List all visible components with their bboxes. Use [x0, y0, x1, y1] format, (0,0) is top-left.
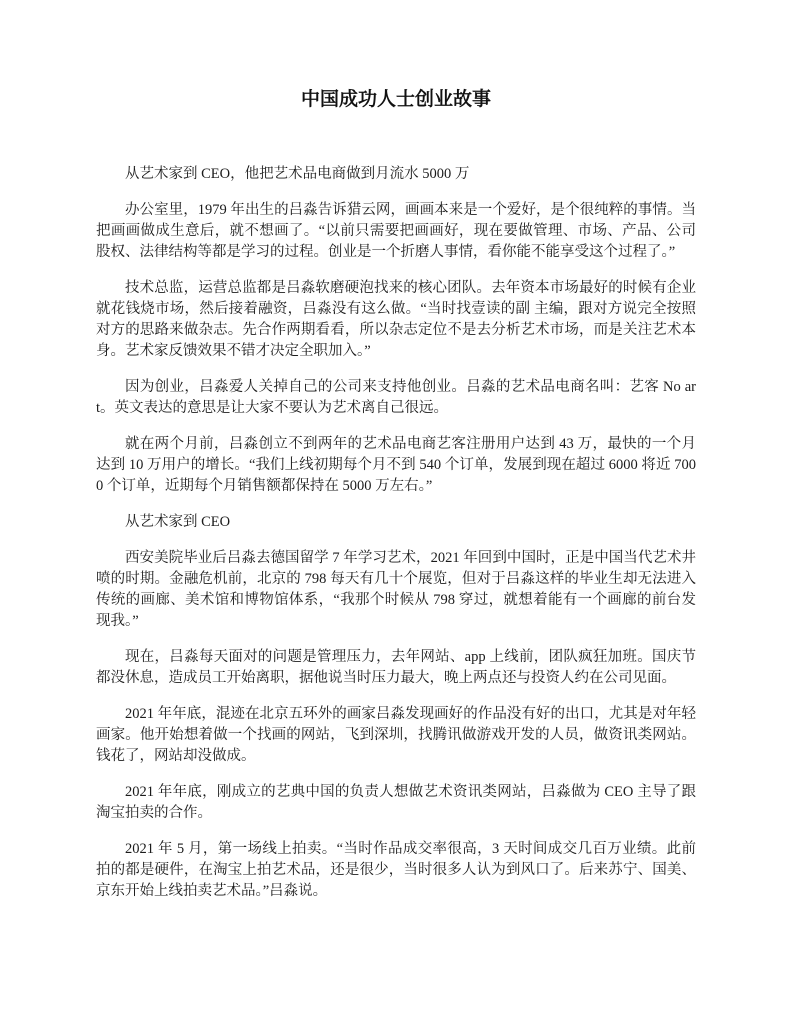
document-title: 中国成功人士创业故事 — [96, 88, 696, 112]
paragraph: 西安美院毕业后吕淼去德国留学 7 年学习艺术，2021 年回到中国时，正是中国当… — [96, 548, 696, 632]
paragraph: 2021 年年底，混迹在北京五环外的画家吕淼发现画好的作品没有好的出口，尤其是对… — [96, 704, 696, 767]
section-heading: 从艺术家到 CEO — [96, 512, 696, 533]
subtitle-line: 从艺术家到 CEO，他把艺术品电商做到月流水 5000 万 — [96, 164, 696, 185]
paragraph: 因为创业，吕淼爱人关掉自己的公司来支持他创业。吕淼的艺术品电商名叫：艺客 No … — [96, 377, 696, 419]
paragraph: 2021 年年底，刚成立的艺典中国的负责人想做艺术资讯类网站，吕淼做为 CEO … — [96, 782, 696, 824]
paragraph: 2021 年 5 月，第一场线上拍卖。“当时作品成交率很高，3 天时间成交几百万… — [96, 839, 696, 902]
paragraph: 办公室里，1979 年出生的吕淼告诉猎云网，画画本来是一个爱好，是个很纯粹的事情… — [96, 200, 696, 263]
paragraph: 现在，吕淼每天面对的问题是管理压力，去年网站、app 上线前，团队疯狂加班。国庆… — [96, 647, 696, 689]
paragraph: 技术总监，运营总监都是吕淼软磨硬泡找来的核心团队。去年资本市场最好的时候有企业就… — [96, 278, 696, 362]
document-body: 从艺术家到 CEO，他把艺术品电商做到月流水 5000 万 办公室里，1979 … — [96, 164, 696, 902]
paragraph: 就在两个月前，吕淼创立不到两年的艺术品电商艺客注册用户达到 43 万，最快的一个… — [96, 434, 696, 497]
document-page: 中国成功人士创业故事 从艺术家到 CEO，他把艺术品电商做到月流水 5000 万… — [0, 0, 792, 1025]
